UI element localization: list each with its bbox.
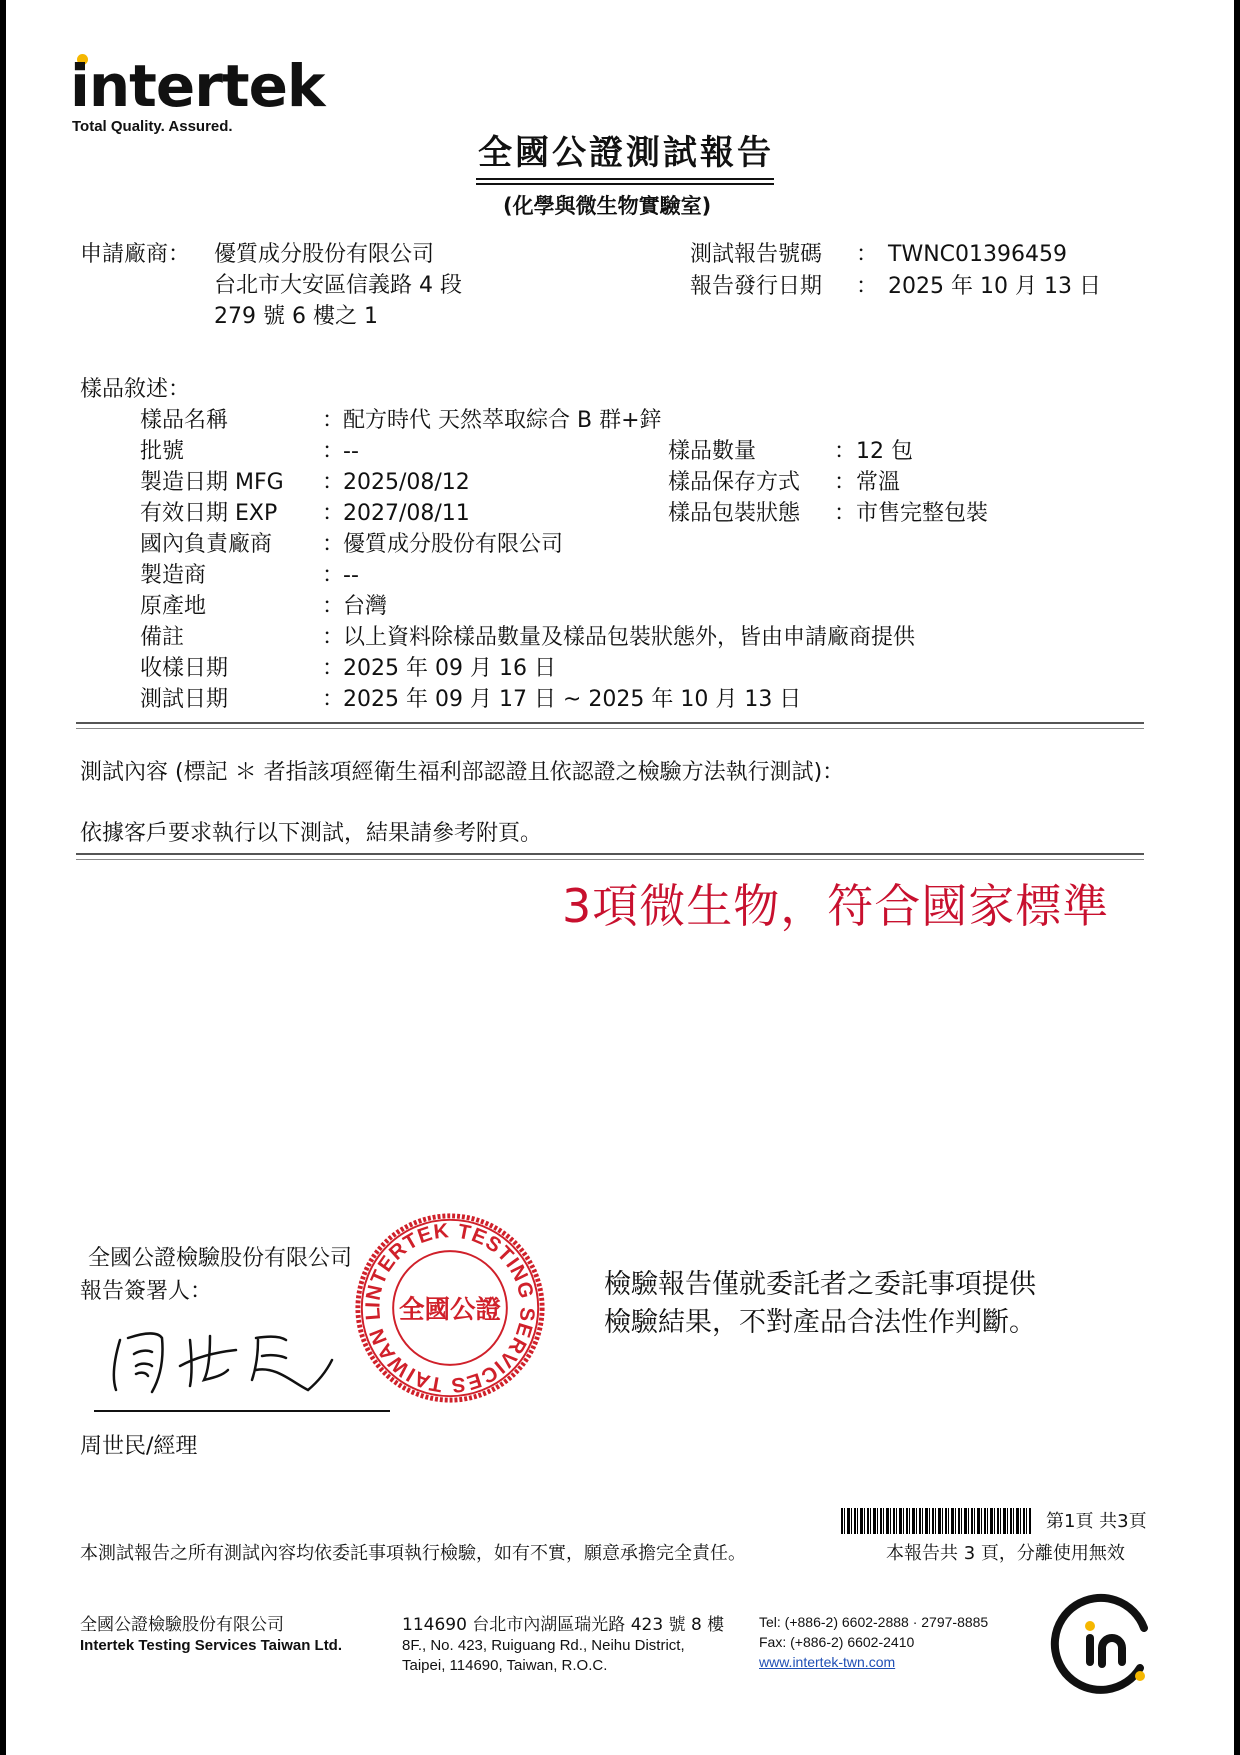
report-page: intertek Total Quality. Assured. 全國公證測試報… [6,0,1234,1755]
footer-address-zh: 114690 台北市內湖區瑞光路 423 號 8 樓 [402,1610,724,1635]
section-divider-2 [76,853,1144,860]
report-number-value: TWNC01396459 [888,239,1067,270]
sample-value: 2025 年 09 月 16 日 [343,653,556,684]
sample-label: 製造商 [140,560,206,591]
title-underline [476,178,774,180]
signature-line [94,1410,390,1412]
sample-label: 樣品名稱 [140,405,228,436]
colon: ： [322,591,344,622]
footer-company-en: Intertek Testing Services Taiwan Ltd. [80,1636,342,1656]
title-underline-2 [476,183,774,185]
barcode [841,1508,1031,1534]
footer-address-en2: Taipei, 114690, Taiwan, R.O.C. [402,1656,607,1676]
disclaimer-line2: 檢驗結果，不對產品合法性作判斷。 [604,1304,1036,1342]
sample-label: 備註 [140,622,184,653]
sample-value: 市售完整包裝 [856,498,988,529]
intertek-circle-logo-icon [1050,1592,1154,1696]
colon: ： [834,498,856,529]
colon: ： [322,684,344,715]
intertek-logo: intertek Total Quality. Assured. [70,50,310,130]
test-content-heading: 測試內容 (標記 ＊ 者指該項經衛生福利部認證且依認證之檢驗方法執行測試)： [80,757,844,788]
colon: ： [322,467,344,498]
section-divider [76,722,1144,729]
logo-wordmark: intertek [70,56,324,116]
sample-value: 優質成分股份有限公司 [343,529,563,560]
colon: ： [834,436,856,467]
test-content-note: 依據客戶要求執行以下測試，結果請參考附頁。 [80,818,542,849]
handwritten-signature [106,1320,346,1400]
sample-label: 樣品數量 [668,436,756,467]
sample-value: 2027/08/11 [343,498,470,529]
colon: ： [322,498,344,529]
colon: ： [322,560,344,591]
signer-company: 全國公證檢驗股份有限公司 [88,1243,352,1274]
sample-value: 12 包 [856,436,913,467]
sample-value: -- [343,560,359,591]
sample-label: 有效日期 EXP [140,498,277,529]
report-number-label: 測試報告號碼 [690,239,822,270]
signer-label: 報告簽署人： [80,1276,212,1307]
footer-company-zh: 全國公證檢驗股份有限公司 [80,1610,284,1635]
colon: ： [322,622,344,653]
sample-label: 國內負責廠商 [140,529,272,560]
colon: ： [834,467,856,498]
colon: ： [322,436,344,467]
sample-value: 2025 年 09 月 17 日 ~ 2025 年 10 月 13 日 [343,684,801,715]
footer-website-link[interactable]: www.intertek-twn.com [759,1652,895,1672]
signer-name-title: 周世民/經理 [80,1431,197,1462]
sample-value: 2025/08/12 [343,467,470,498]
footer-fax: Fax: (+886-2) 6602-2410 [759,1632,914,1652]
footer-statement: 本測試報告之所有測試內容均依委託事項執行檢驗，如有不實，願意承擔完全責任。 [80,1542,746,1566]
sample-value: 常溫 [856,467,900,498]
report-number-colon: ： [856,239,878,270]
seal-center-text: 全國公證 [399,1295,501,1325]
applicant-name: 優質成分股份有限公司 [214,239,434,270]
report-title: 全國公證測試報告 [478,133,774,173]
sample-label: 製造日期 MFG [140,467,284,498]
disclaimer: 檢驗報告僅就委託者之委託事項提供 檢驗結果，不對產品合法性作判斷。 [604,1266,1036,1342]
disclaimer-line1: 檢驗報告僅就委託者之委託事項提供 [604,1266,1036,1304]
sample-label: 樣品保存方式 [668,467,800,498]
footer-tel: Tel: (+886-2) 6602-2888 · 2797-8885 [759,1612,988,1632]
report-date-label: 報告發行日期 [690,271,822,302]
sample-label: 原產地 [140,591,206,622]
compliance-claim: 3項微生物，符合國家標準 [562,878,1109,934]
sample-value: 台灣 [343,591,387,622]
colon: ： [322,653,344,684]
company-seal-stamp: INTERTEK TESTING SERVICES TAIWAN LTD. 全國… [352,1210,548,1406]
sample-label: 收樣日期 [140,653,228,684]
report-subtitle: (化學與微生物實驗室) [503,190,711,220]
sample-heading: 樣品敘述： [80,374,190,405]
colon: ： [322,405,344,436]
applicant-label: 申請廠商： [80,239,190,270]
footer-page-note: 本報告共 3 頁，分離使用無效 [886,1542,1125,1566]
colon: ： [322,529,344,560]
sample-value: 以上資料除樣品數量及樣品包裝狀態外，皆由申請廠商提供 [343,622,915,653]
sample-label: 樣品包裝狀態 [668,498,800,529]
footer-address-en1: 8F., No. 423, Ruiguang Rd., Neihu Distri… [402,1636,685,1656]
report-date-colon: ： [856,271,878,302]
page-indicator: 第1頁 共3頁 [1046,1510,1147,1534]
report-date-value: 2025 年 10 月 13 日 [888,271,1101,302]
sample-label: 測試日期 [140,684,228,715]
sample-value: 配方時代 天然萃取綜合 B 群+鋅 [343,405,662,436]
applicant-address-line2: 279 號 6 樓之 1 [214,301,378,332]
sample-value: -- [343,436,359,467]
logo-tagline: Total Quality. Assured. [72,118,233,135]
sample-label: 批號 [140,436,184,467]
applicant-address-line1: 台北市大安區信義路 4 段 [214,270,462,301]
